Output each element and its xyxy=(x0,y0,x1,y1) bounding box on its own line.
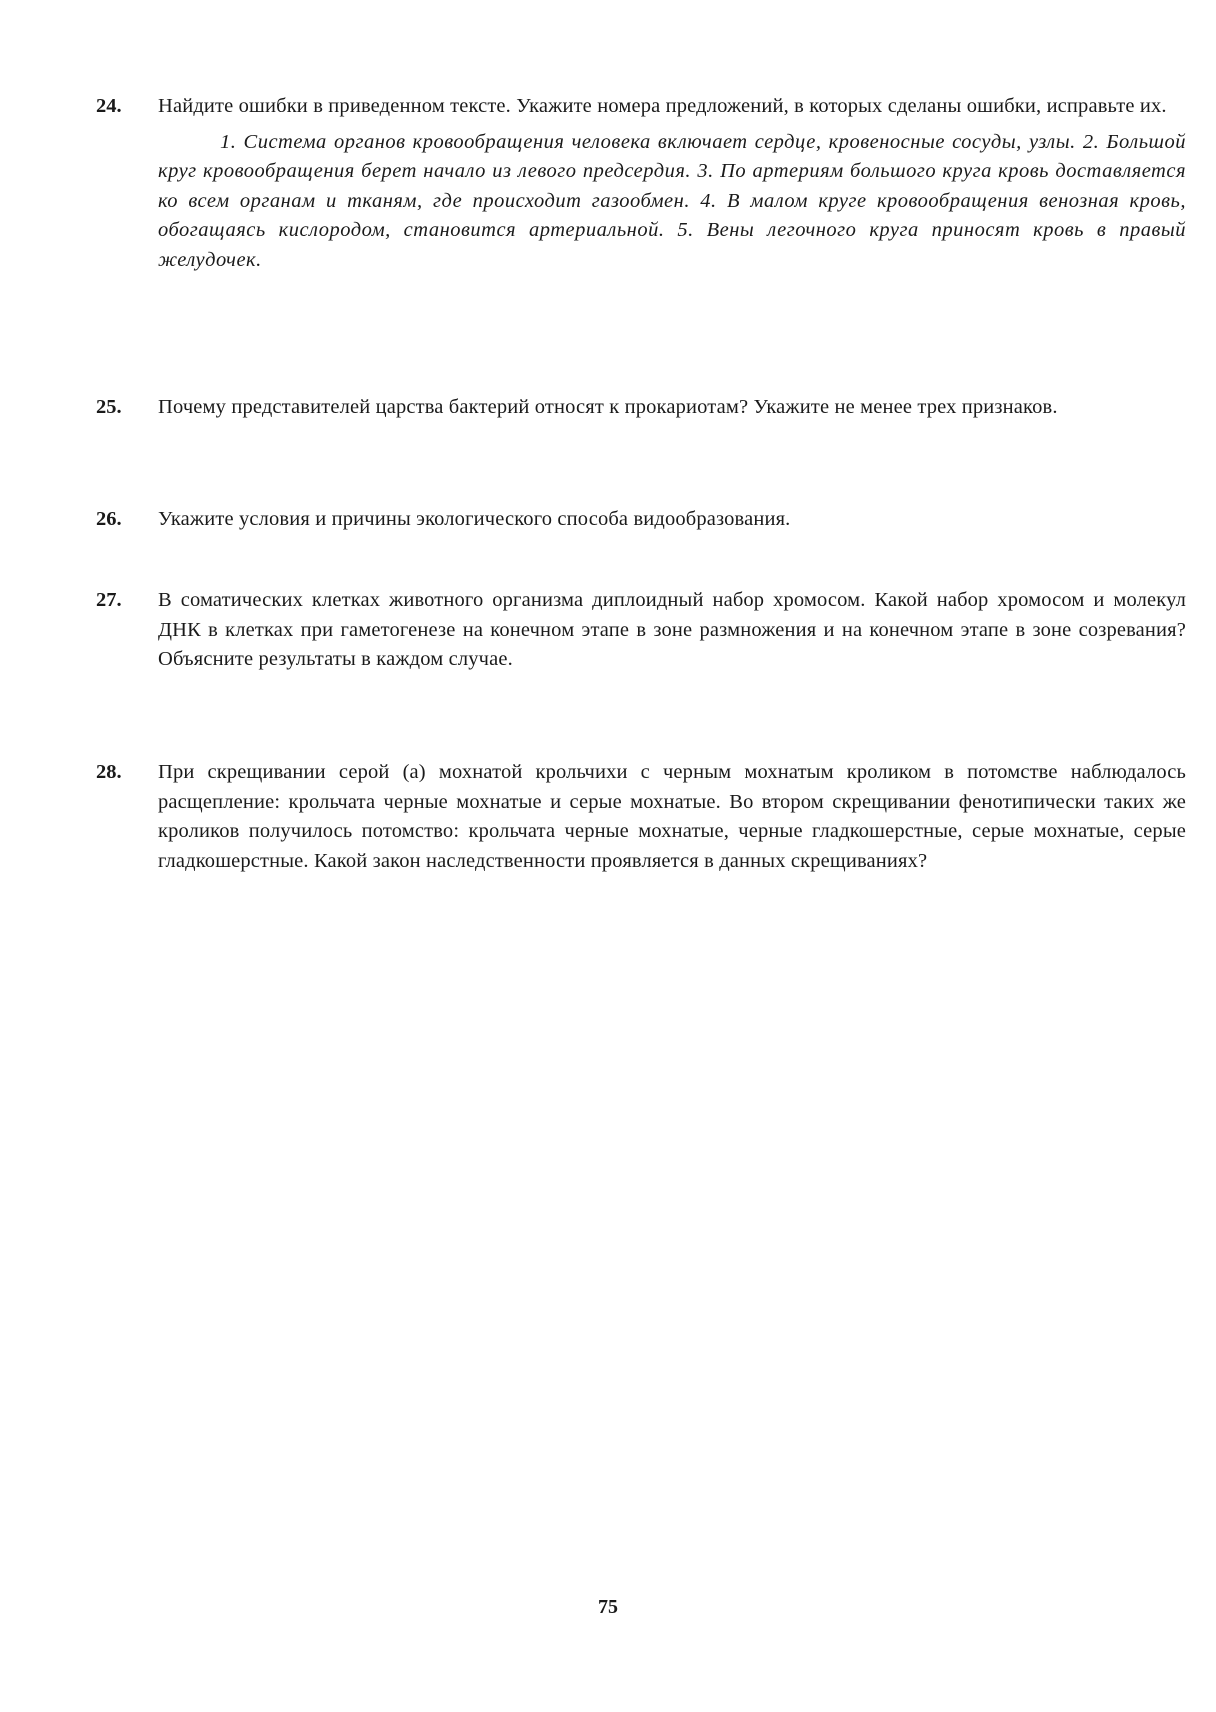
question-26: 26. Укажите условия и причины экологичес… xyxy=(96,505,1186,535)
question-number: 25. xyxy=(96,393,158,423)
question-25: 25. Почему представителей царства бактер… xyxy=(96,393,1186,423)
question-text: В соматических клетках животного организ… xyxy=(158,586,1186,675)
error-passage: 1. Система органов кровообращения челове… xyxy=(158,128,1186,276)
question-number: 24. xyxy=(96,92,158,275)
question-number: 28. xyxy=(96,758,158,876)
question-text: Укажите условия и причины экологического… xyxy=(158,505,1186,535)
question-27: 27. В соматических клетках животного орг… xyxy=(96,586,1186,675)
question-text: Почему представителей царства бактерий о… xyxy=(158,393,1186,423)
question-24: 24. Найдите ошибки в приведенном тексте.… xyxy=(96,92,1186,275)
question-text: При скрещивании серой (а) мохнатой кроль… xyxy=(158,758,1186,876)
page-number: 75 xyxy=(0,1596,1216,1619)
question-number: 27. xyxy=(96,586,158,675)
question-number: 26. xyxy=(96,505,158,535)
question-text: Найдите ошибки в приведенном тексте. Ука… xyxy=(158,92,1186,122)
question-28: 28. При скрещивании серой (а) мохнатой к… xyxy=(96,758,1186,876)
